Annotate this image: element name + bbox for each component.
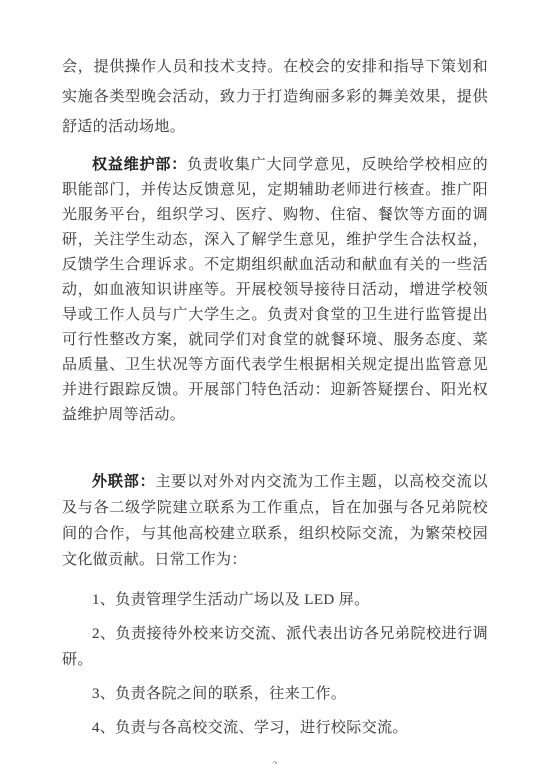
paragraph-text: 会，提供操作人员和技术支持。在校会的安排和指导下策划和实施各类型晚会活动，致力于… <box>62 59 488 135</box>
section-heading-rights-dept: 权益维护部： <box>92 157 187 173</box>
list-item-3: 3、负责各院之间的联系，往来工作。 <box>62 681 488 707</box>
list-item-text: 1、负责管理学生活动广场以及 LED 屏。 <box>92 592 370 608</box>
list-item-4: 4、负责与各高校交流、学习，进行校际交流。 <box>62 715 488 741</box>
list-item-text: 3、负责各院之间的联系，往来工作。 <box>92 686 346 702</box>
list-item-1: 1、负责管理学生活动广场以及 LED 屏。 <box>62 587 488 613</box>
page-number: 2 <box>62 759 488 764</box>
list-item-2: 2、负责接待外校来访交流、派代表出访各兄弟院校进行调研。 <box>62 621 488 673</box>
paragraph-text: 负责收集广大同学意见，反映给学校相应的职能部门，并传达反馈意见，定期辅助老师进行… <box>62 157 488 423</box>
document-page: 会，提供操作人员和技术支持。在校会的安排和指导下策划和实施各类型晚会活动，致力于… <box>0 0 540 764</box>
paragraph-continuation: 会，提供操作人员和技术支持。在校会的安排和指导下策划和实施各类型晚会活动，致力于… <box>62 52 488 142</box>
list-item-text: 2、负责接待外校来访交流、派代表出访各兄弟院校进行调研。 <box>62 626 488 668</box>
paragraph-rights-dept: 权益维护部：负责收集广大同学意见，反映给学校相应的职能部门，并传达反馈意见，定期… <box>62 153 488 428</box>
paragraph-external-dept: 外联部：主要以对外对内交流为工作主题，以高校交流以及与各二级学院建立联系为工作重… <box>62 469 488 573</box>
section-heading-external-dept: 外联部： <box>92 474 155 490</box>
list-item-text: 4、负责与各高校交流、学习，进行校际交流。 <box>92 720 408 736</box>
